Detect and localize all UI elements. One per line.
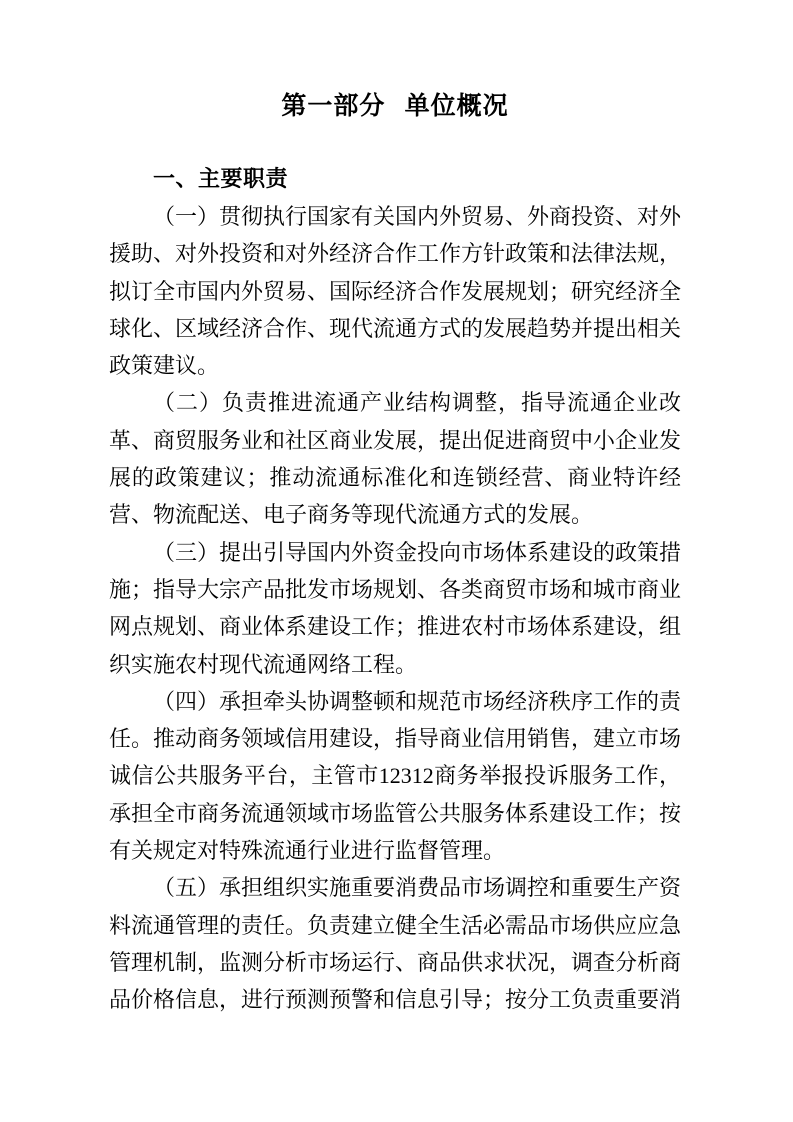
body-paragraph: （一）贯彻执行国家有关国内外贸易、外商投资、对外援助、对外投资和对外经济合作工作… (109, 198, 681, 384)
body-paragraph: （三）提出引导国内外资金投向市场体系建设的政策措施；指导大宗产品批发市场规划、各… (109, 534, 681, 683)
body-paragraph: （五）承担组织实施重要消费品市场调控和重要生产资料流通管理的责任。负责建立健全生… (109, 869, 681, 1018)
section-heading: 一、主要职责 (109, 166, 681, 192)
body-paragraph: （四）承担牵头协调整顿和规范市场经济秩序工作的责任。推动商务领域信用建设，指导商… (109, 683, 681, 869)
body-paragraph: （二）负责推进流通产业结构调整，指导流通企业改革、商贸服务业和社区商业发展，提出… (109, 384, 681, 533)
document-title: 第一部分 单位概况 (109, 90, 681, 122)
document-page: 第一部分 单位概况 一、主要职责 （一）贯彻执行国家有关国内外贸易、外商投资、对… (0, 0, 793, 1122)
document-body: （一）贯彻执行国家有关国内外贸易、外商投资、对外援助、对外投资和对外经济合作工作… (109, 198, 681, 1019)
